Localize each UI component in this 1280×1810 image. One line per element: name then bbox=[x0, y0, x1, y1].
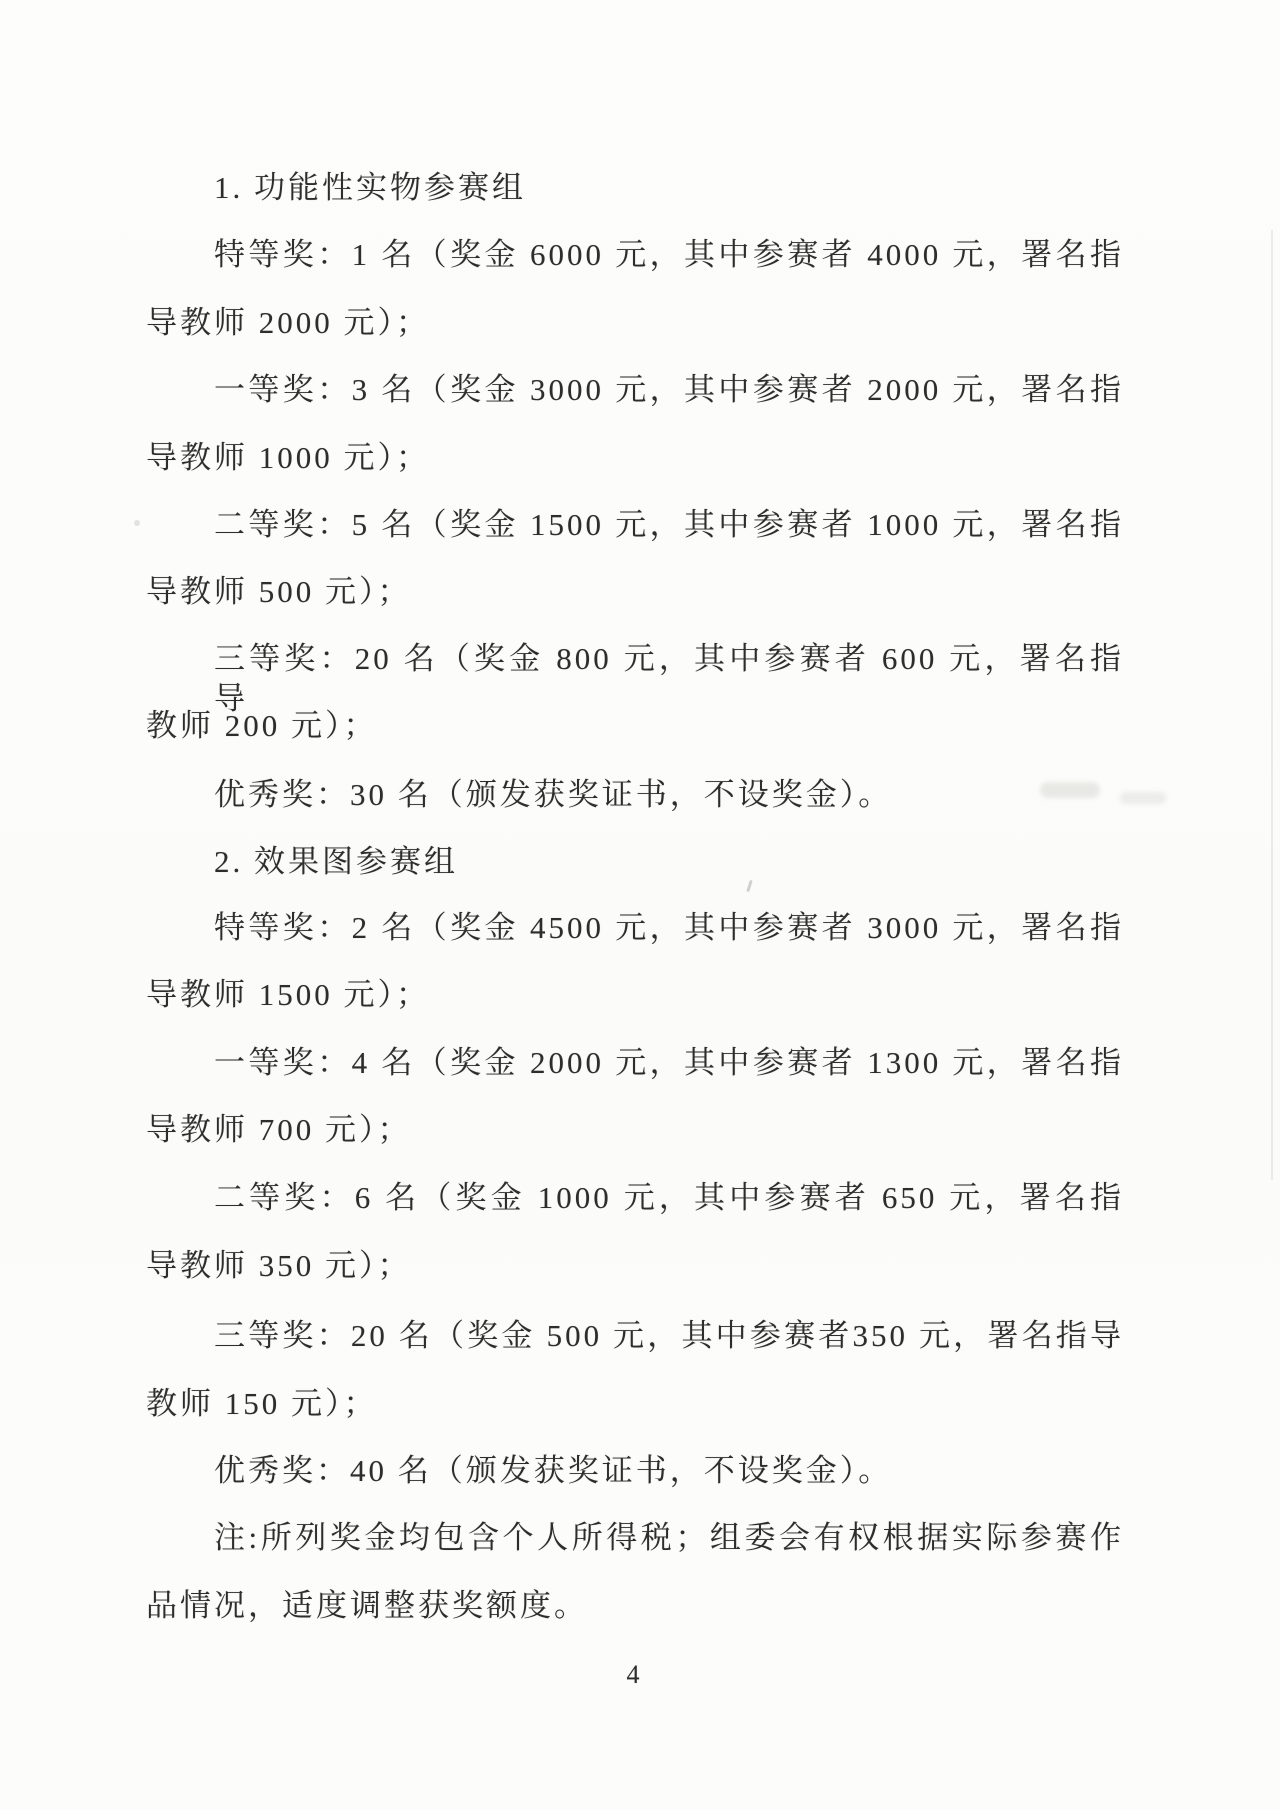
s1-second-prize-line2: 导教师 500 元）； bbox=[146, 572, 412, 612]
scan-edge-artifact bbox=[1271, 230, 1273, 1180]
s2-first-prize-line1: 一等奖：4 名（奖金 2000 元，其中参赛者 1300 元，署名指 bbox=[214, 1043, 1124, 1083]
note-line2: 品情况，适度调整获奖额度。 bbox=[146, 1586, 588, 1626]
s1-special-prize-line2: 导教师 2000 元）； bbox=[146, 303, 430, 343]
s2-merit-prize-line: 优秀奖：40 名（颁发获奖证书，不设奖金）。 bbox=[214, 1451, 892, 1491]
scan-dot-artifact bbox=[134, 520, 140, 526]
s2-third-prize-line2: 教师 150 元）； bbox=[146, 1384, 378, 1424]
scan-speck-artifact bbox=[746, 880, 753, 892]
s2-special-prize-line1: 特等奖：2 名（奖金 4500 元，其中参赛者 3000 元，署名指 bbox=[214, 908, 1124, 948]
s2-second-prize-line2: 导教师 350 元）； bbox=[146, 1246, 412, 1286]
page-number: 4 bbox=[0, 1660, 1266, 1690]
section1-heading: 1. 功能性实物参赛组 bbox=[214, 168, 526, 208]
s1-third-prize-line2: 教师 200 元）； bbox=[146, 706, 378, 746]
section2-heading: 2. 效果图参赛组 bbox=[214, 842, 458, 882]
scan-smudge-artifact bbox=[1040, 782, 1100, 798]
s2-second-prize-line1: 二等奖：6 名（奖金 1000 元，其中参赛者 650 元，署名指 bbox=[214, 1178, 1124, 1218]
note-line1: 注:所列奖金均包含个人所得税；组委会有权根据实际参赛作 bbox=[214, 1518, 1124, 1558]
s1-first-prize-line2: 导教师 1000 元）； bbox=[146, 438, 430, 478]
s2-special-prize-line2: 导教师 1500 元）； bbox=[146, 975, 430, 1015]
s1-second-prize-line1: 二等奖：5 名（奖金 1500 元，其中参赛者 1000 元，署名指 bbox=[214, 505, 1124, 545]
s2-first-prize-line2: 导教师 700 元）； bbox=[146, 1110, 412, 1150]
scanned-page: 1. 功能性实物参赛组 特等奖：1 名（奖金 6000 元，其中参赛者 4000… bbox=[0, 0, 1280, 1810]
s1-first-prize-line1: 一等奖：3 名（奖金 3000 元，其中参赛者 2000 元，署名指 bbox=[214, 370, 1124, 410]
s1-special-prize-line1: 特等奖：1 名（奖金 6000 元，其中参赛者 4000 元，署名指 bbox=[214, 235, 1124, 275]
s1-merit-prize-line: 优秀奖：30 名（颁发获奖证书，不设奖金）。 bbox=[214, 775, 892, 815]
scan-smudge-artifact bbox=[1120, 792, 1166, 804]
s2-third-prize-line1: 三等奖：20 名（奖金 500 元，其中参赛者350 元，署名指导 bbox=[214, 1316, 1124, 1356]
